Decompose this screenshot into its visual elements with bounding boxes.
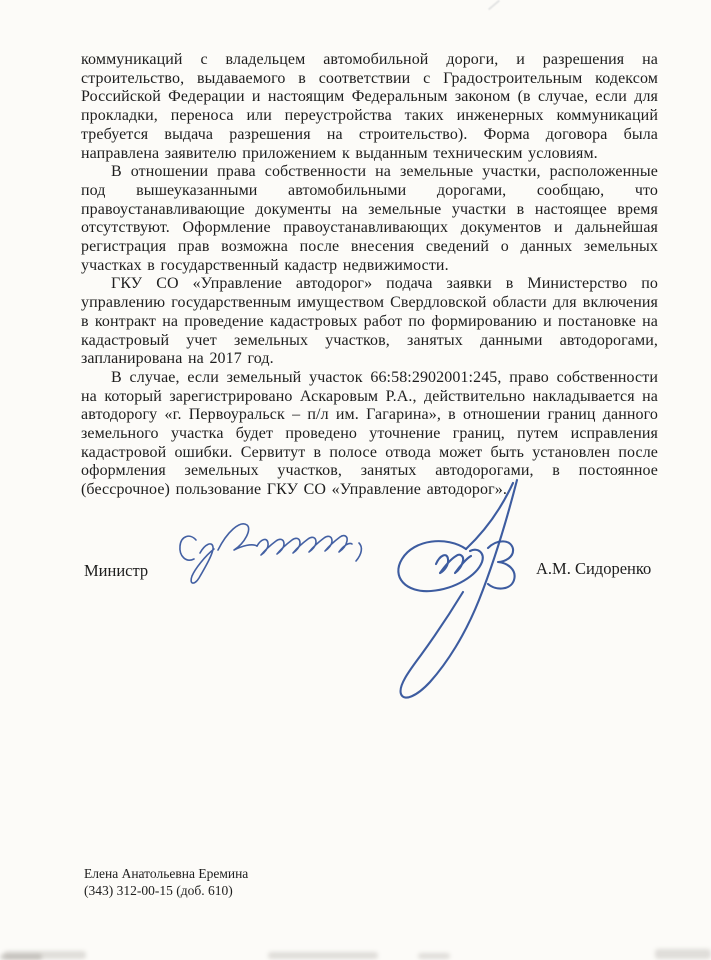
scan-edge-smudge [0,954,42,960]
scan-edge-smudge [655,949,711,959]
executor-contact-block: Елена Анатольевна Еремина (343) 312-00-1… [84,866,248,899]
signer-name-label: А.М. Сидоренко [536,559,651,579]
body-paragraph-2: В отношении права собственности на земел… [81,163,658,275]
body-paragraph-3: ГКУ СО «Управление автодорог» подача зая… [81,275,658,369]
letter-body: коммуникаций с владельцем автомобильной … [81,51,658,500]
body-paragraph-1: коммуникаций с владельцем автомобильной … [81,51,658,163]
scan-artifact-mark [488,0,500,10]
handwritten-closing-note [180,524,361,583]
body-paragraph-4: В случае, если земельный участок 66:58:2… [81,369,658,500]
scanned-letter-page: коммуникаций с владельцем автомобильной … [0,0,711,960]
minister-signature [398,480,517,698]
executor-phone: (343) 312-00-15 (доб. 610) [84,883,248,900]
scan-edge-smudge [418,953,450,959]
executor-name: Елена Анатольевна Еремина [84,866,248,883]
scan-edge-smudge [268,952,378,959]
minister-title-label: Министр [84,561,148,581]
